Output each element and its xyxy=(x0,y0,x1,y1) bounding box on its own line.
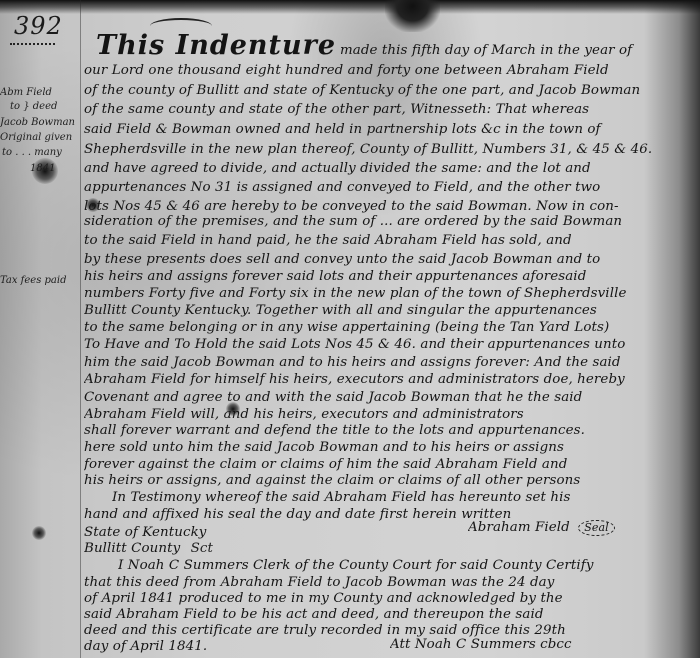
deed-line: and have agreed to divide, and actually … xyxy=(84,160,696,178)
margin-note: to . . . many xyxy=(2,146,82,160)
margin-note: to } deed xyxy=(10,100,90,114)
margin-rule xyxy=(80,0,81,658)
certificate-line: I Noah C Summers Clerk of the County Cou… xyxy=(118,557,696,575)
margin-note: Abm Field xyxy=(0,86,80,100)
deed-line: of the county of Bullitt and state of Ke… xyxy=(84,82,696,100)
certificate-county: Bullitt County Sct xyxy=(84,540,696,558)
top-edge-shadow xyxy=(0,0,700,14)
margin-note: Jacob Bowman xyxy=(0,116,80,130)
deed-line: made this fifth day of March in the year… xyxy=(340,42,696,60)
deed-line: his heirs or assigns, and against the cl… xyxy=(84,472,696,490)
page-number-underline xyxy=(10,43,55,45)
margin-note: Original given xyxy=(0,131,80,145)
deed-line: him the said Jacob Bowman and to his hei… xyxy=(84,354,696,372)
clerk-signature: Att Noah C Summers cbcc xyxy=(390,636,690,654)
deed-line: Shepherdsville in the new plan thereof, … xyxy=(84,141,696,159)
deed-line: our Lord one thousand eight hundred and … xyxy=(84,62,696,80)
county-name: Bullitt County xyxy=(84,541,180,556)
deed-line: to the same belonging or in any wise app… xyxy=(84,319,696,337)
deed-line: said Field & Bowman owned and held in pa… xyxy=(84,121,696,139)
deed-page: 392 Abm Field to } deed Jacob Bowman Ori… xyxy=(0,0,700,658)
testimony-line: In Testimony whereof the said Abraham Fi… xyxy=(112,489,696,507)
deed-line: of the same county and state of the othe… xyxy=(84,101,696,119)
deed-line: to the said Field in hand paid, he the s… xyxy=(84,232,696,250)
page-number: 392 xyxy=(14,12,63,40)
deed-line: his heirs and assigns forever said lots … xyxy=(84,268,696,286)
deed-line: appurtenances No 31 is assigned and conv… xyxy=(84,179,696,197)
margin-note: Tax fees paid xyxy=(0,274,80,288)
deed-line: numbers Forty five and Forty six in the … xyxy=(84,285,696,303)
ink-stain xyxy=(385,0,440,32)
deed-line: here sold unto him the said Jacob Bowman… xyxy=(84,439,696,457)
ink-stain xyxy=(32,526,46,540)
deed-line: by these presents does sell and convey u… xyxy=(84,251,696,269)
deed-line: shall forever warrant and defend the tit… xyxy=(84,422,696,440)
deed-line: Bullitt County Kentucky. Together with a… xyxy=(84,302,696,320)
deed-line: Abraham Field for himself his heirs, exe… xyxy=(84,371,696,389)
deed-line: Covenant and agree to and with the said … xyxy=(84,389,696,407)
deed-line: sideration of the premises, and the sum … xyxy=(84,213,696,231)
deed-heading: This Indenture xyxy=(96,30,336,61)
court-mark: Sct xyxy=(191,541,213,556)
deed-line: To Have and To Hold the said Lots Nos 45… xyxy=(84,336,696,354)
